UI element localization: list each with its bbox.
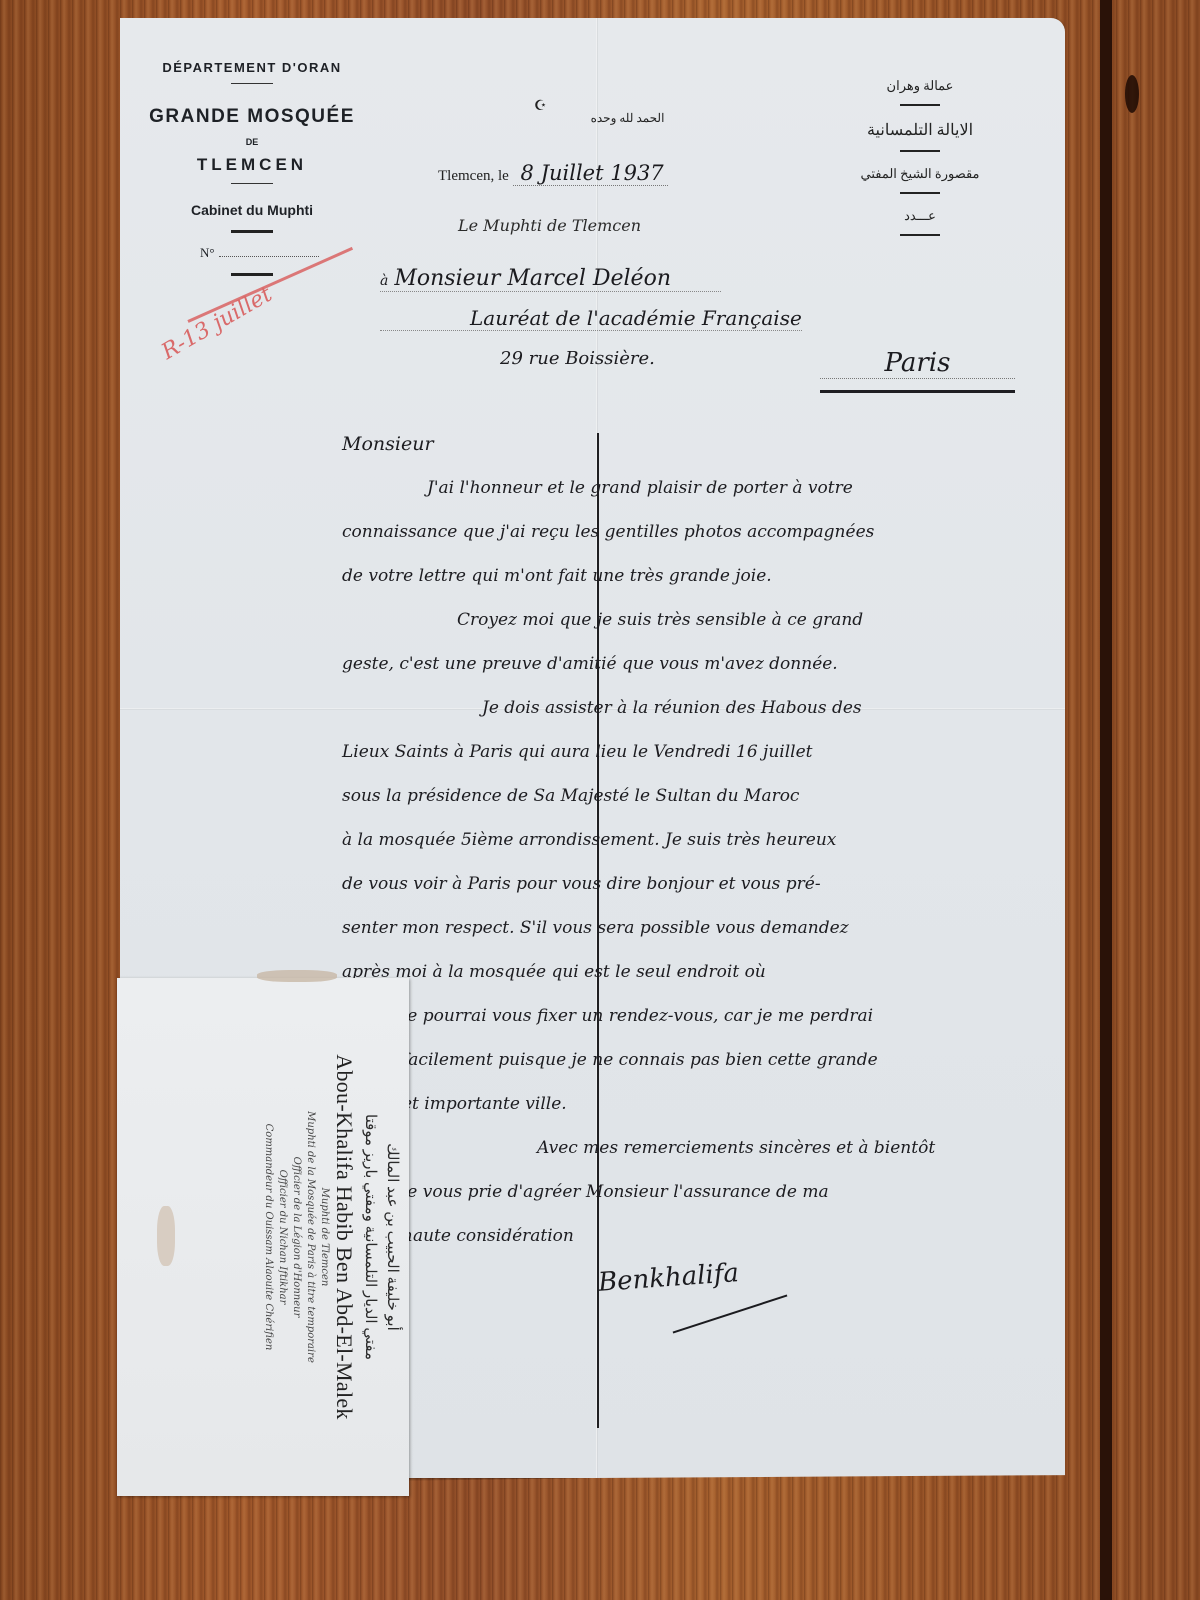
recipient-name: Monsieur Marcel Deléon xyxy=(394,266,671,291)
signature: Benkhalifa xyxy=(597,1258,740,1298)
card-tear-mark xyxy=(257,970,337,982)
wood-board-gap xyxy=(1100,0,1112,1600)
body-line: Lieux Saints à Paris qui aura lieu le Ve… xyxy=(342,730,1042,774)
body-line: Croyez moi que je suis très sensible à c… xyxy=(457,598,1042,642)
body-line: Je dois assister à la réunion des Habous… xyxy=(482,686,1042,730)
divider xyxy=(231,83,273,84)
office: Cabinet du Muphti xyxy=(120,202,384,218)
place-label: Tlemcen, le xyxy=(438,168,509,184)
body-line: facilement puisque je ne connais pas bie… xyxy=(402,1038,1042,1082)
red-annotation: R-13 juillet xyxy=(158,282,277,365)
card-title: Officier du Nichan Iftikhar xyxy=(275,987,289,1487)
number-label: N° xyxy=(200,245,215,260)
handwritten-date: 8 Juillet 1937 xyxy=(513,161,668,186)
divider xyxy=(900,104,940,106)
recipient-address: 29 rue Boissière. xyxy=(500,348,655,369)
card-arabic-titles: مفتي الديار التلمسانية ومفتي باريز موقتا xyxy=(359,987,381,1487)
body-line: Avec mes remerciements sincères et à bie… xyxy=(537,1126,1042,1170)
arabic-number: عـــدد xyxy=(770,208,1070,224)
body-line: je pourrai vous fixer un rendez-vous, ca… xyxy=(402,994,1042,1038)
body-line: J'ai l'honneur et le grand plaisir de po… xyxy=(427,466,1042,510)
letter-body: Monsieur J'ai l'honneur et le grand plai… xyxy=(342,422,1042,1258)
arabic-office: مقصورة الشيخ المفتي xyxy=(770,166,1070,182)
body-line: haute considération xyxy=(402,1214,1042,1258)
divider xyxy=(900,150,940,152)
card-name: Abou-Khalifa Habib Ben Abd-El-Malek xyxy=(331,987,357,1487)
recipient-name-line: àMonsieur Marcel Deléon xyxy=(380,266,721,292)
body-line: de vous voir à Paris pour vous dire bonj… xyxy=(342,862,1042,906)
divider xyxy=(900,234,940,236)
recipient-prefix: à xyxy=(380,273,388,289)
salutation: Monsieur xyxy=(342,422,1042,466)
body-line: à la mosquée 5ième arrondissement. Je su… xyxy=(342,818,1042,862)
arabic-region: الايالة التلمسانية xyxy=(770,120,1070,140)
signature-flourish xyxy=(673,1295,788,1334)
department: DÉPARTEMENT D'ORAN xyxy=(120,60,384,75)
sender-title: Le Muphti de Tlemcen xyxy=(458,216,641,235)
number-blank xyxy=(219,256,319,257)
card-arabic-name: أبو خليفة الحبيب بن عبد المالك xyxy=(381,987,403,1487)
card-title: Commandeur du Ouissam Alaouite Chérifien xyxy=(261,987,275,1487)
city-underline xyxy=(820,390,1015,393)
recipient-title: Lauréat de l'académie Française xyxy=(380,306,802,331)
card-title: Muphti de Tlemcen xyxy=(317,987,331,1487)
date-line: Tlemcen, le 8 Juillet 1937 xyxy=(438,161,668,185)
divider xyxy=(231,230,273,233)
body-line: après moi à la mosquée qui est le seul e… xyxy=(342,950,1042,994)
arabic-province: عمالة وهران xyxy=(770,78,1070,94)
body-line: sous la présidence de Sa Majesté le Sult… xyxy=(342,774,1042,818)
body-line: senter mon respect. S'il vous sera possi… xyxy=(342,906,1042,950)
body-line: geste, c'est une preuve d'amitié que vou… xyxy=(342,642,1042,686)
letterhead-right-arabic: عمالة وهران الايالة التلمسانية مقصورة ال… xyxy=(770,78,1070,250)
card-content-rotated: أبو خليفة الحبيب بن عبد المالك مفتي الدي… xyxy=(123,987,403,1487)
body-line: je vous prie d'agréer Monsieur l'assuran… xyxy=(402,1170,1042,1214)
divider xyxy=(231,183,273,184)
card-title: Muphti de la Mosquée de Paris à titre te… xyxy=(303,987,317,1487)
body-line: et importante ville. xyxy=(402,1082,1042,1126)
wood-knot xyxy=(1125,75,1139,113)
recipient-city: Paris xyxy=(820,348,1015,379)
city: TLEMCEN xyxy=(120,155,384,175)
letterhead-left: DÉPARTEMENT D'ORAN GRANDE MOSQUÉE DE TLE… xyxy=(120,60,384,276)
card-title: Officier de la Légion d'Honneur xyxy=(289,987,303,1487)
divider xyxy=(900,192,940,194)
body-line: de votre lettre qui m'ont fait une très … xyxy=(342,554,1042,598)
divider xyxy=(231,273,273,276)
body-line: connaissance que j'ai reçu les gentilles… xyxy=(342,510,1042,554)
institution-de: DE xyxy=(120,137,384,147)
business-card: أبو خليفة الحبيب بن عبد المالك مفتي الدي… xyxy=(117,978,409,1496)
